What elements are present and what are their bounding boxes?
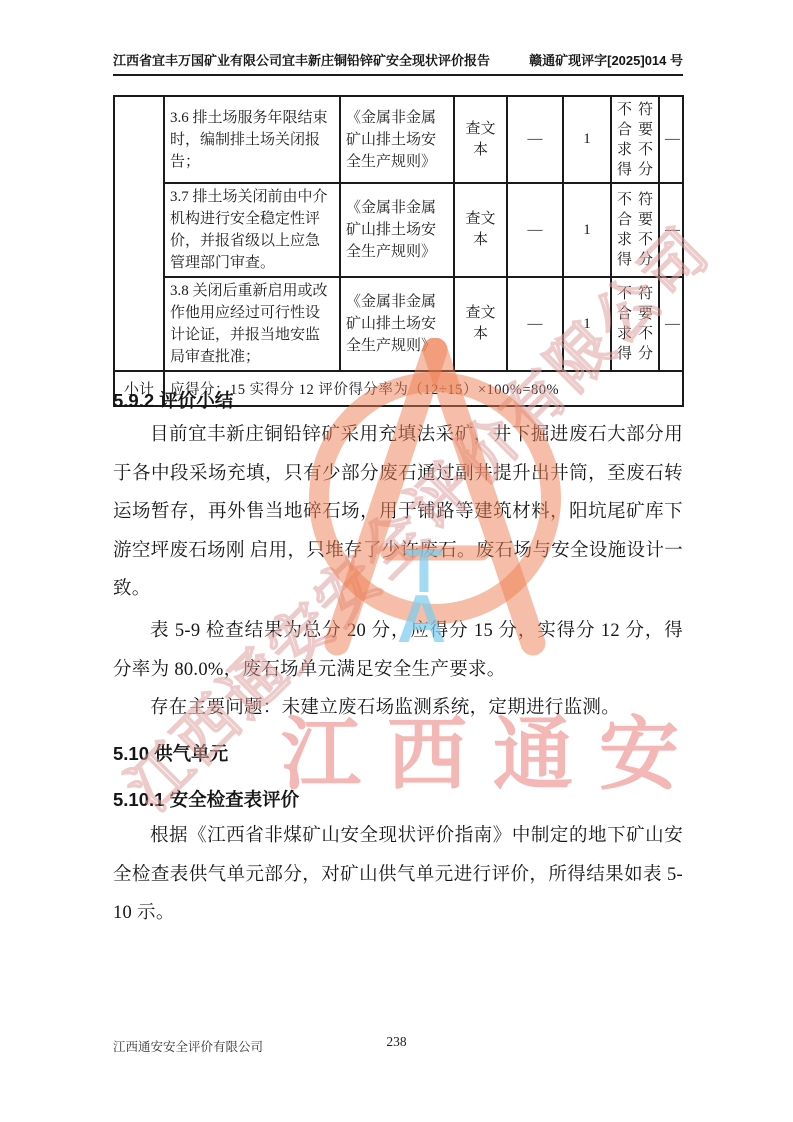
criteria-cell: 不符合要求不得分 [611, 277, 659, 371]
section-heading-5101: 5.10.1 安全检查表评价 [113, 788, 688, 812]
score-cell: 1 [563, 96, 611, 183]
header-report-title: 江西省宜丰万国矿业有限公司宜丰新庄铜铅锌矿安全现状评价报告 [113, 52, 490, 69]
criteria-cell: 不符合要求不得分 [611, 96, 659, 183]
method-cell: 查文本 [454, 277, 507, 371]
method-cell: 查文本 [454, 183, 507, 277]
header-doc-number: 赣通矿现评字[2025]014 号 [529, 52, 683, 69]
dash-cell: — [659, 183, 683, 277]
basis-cell: 《金属非金属矿山排土场安全生产规则》 [340, 183, 454, 277]
check-item-cell: 3.8 关闭后重新启用或改作他用应经过可行性设计论证，并报当地安监局审查批准； [164, 277, 340, 371]
score-cell: 1 [563, 277, 611, 371]
method-cell: 查文本 [454, 96, 507, 183]
page-header: 江西省宜丰万国矿业有限公司宜丰新庄铜铅锌矿安全现状评价报告 赣通矿现评字[202… [113, 52, 683, 76]
basis-cell: 《金属非金属矿山排土场安全生产规则》 [340, 96, 454, 183]
paragraph-gas-supply-intro: 根据《江西省非煤矿山安全现状评价指南》中制定的地下矿山安全检查表供气单元部分，对… [113, 817, 683, 933]
dash-cell: — [507, 183, 563, 277]
score-cell: 1 [563, 183, 611, 277]
page-number: 238 [0, 1034, 793, 1050]
paragraph-waste-rock-summary: 目前宜丰新庄铜铅锌矿采用充填法采矿，井下掘进废石大部分用于各中段采场充填，只有少… [113, 416, 683, 609]
paragraph-main-problems: 存在主要问题：未建立废石场监测系统，定期进行监测。 [113, 689, 683, 728]
table-row: 3.7 排土场关闭前由中介机构进行安全稳定性评价，并报省级以上应急管理部门审查。… [114, 183, 683, 277]
dash-cell: — [659, 96, 683, 183]
check-item-cell: 3.6 排土场服务年限结束时，编制排土场关闭报告； [164, 96, 340, 183]
dash-cell: — [659, 277, 683, 371]
dash-cell: — [507, 277, 563, 371]
spanner-cell [114, 96, 164, 371]
dash-cell: — [507, 96, 563, 183]
section-heading-592: 5.9.2 评价小结 [113, 389, 688, 413]
safety-checklist-table: 3.6 排土场服务年限结束时，编制排土场关闭报告； 《金属非金属矿山排土场安全生… [113, 95, 684, 407]
basis-cell: 《金属非金属矿山排土场安全生产规则》 [340, 277, 454, 371]
paragraph-score-result: 表 5-9 检查结果为总分 20 分，应得分 15 分，实得分 12 分，得分率… [113, 612, 683, 689]
section-heading-510: 5.10 供气单元 [113, 742, 688, 766]
check-item-cell: 3.7 排土场关闭前由中介机构进行安全稳定性评价，并报省级以上应急管理部门审查。 [164, 183, 340, 277]
table-row: 3.6 排土场服务年限结束时，编制排土场关闭报告； 《金属非金属矿山排土场安全生… [114, 96, 683, 183]
table-row: 3.8 关闭后重新启用或改作他用应经过可行性设计论证，并报当地安监局审查批准； … [114, 277, 683, 371]
criteria-cell: 不符合要求不得分 [611, 183, 659, 277]
document-page: 江西省宜丰万国矿业有限公司宜丰新庄铜铅锌矿安全现状评价报告 赣通矿现评字[202… [0, 0, 793, 1122]
